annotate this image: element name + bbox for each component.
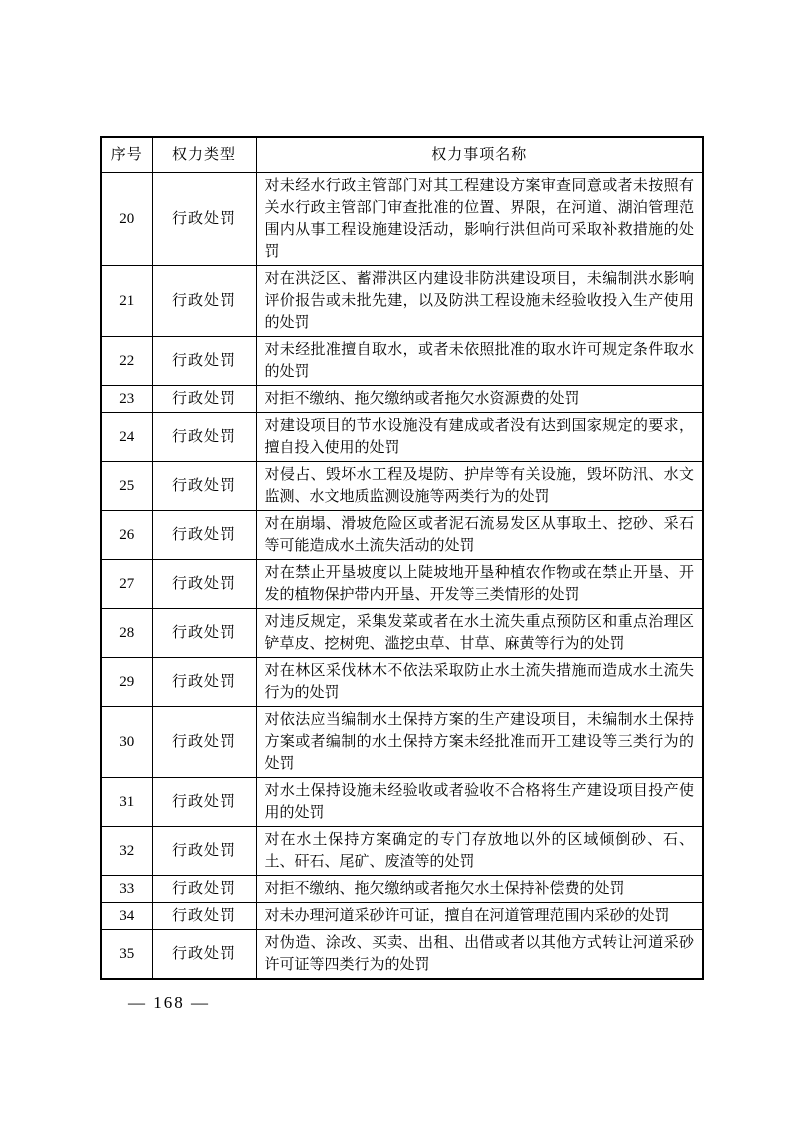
header-power-type: 权力类型 — [152, 137, 256, 173]
table-row: 23 行政处罚 对拒不缴纳、拖欠缴纳或者拖欠水资源费的处罚 — [101, 386, 703, 413]
row-power-type: 行政处罚 — [152, 658, 256, 707]
header-power-item-name: 权力事项名称 — [256, 137, 703, 173]
row-serial-number: 25 — [101, 462, 152, 511]
row-power-type: 行政处罚 — [152, 560, 256, 609]
table-row: 20 行政处罚 对未经水行政主管部门对其工程建设方案审查同意或者未按照有关水行政… — [101, 173, 703, 266]
page-number: — 168 — — [128, 993, 210, 1013]
row-power-type: 行政处罚 — [152, 903, 256, 930]
row-power-type: 行政处罚 — [152, 778, 256, 827]
row-power-type: 行政处罚 — [152, 462, 256, 511]
table-row: 31 行政处罚 对水土保持设施未经验收或者验收不合格将生产建设项目投产使用的处罚 — [101, 778, 703, 827]
table-row: 25 行政处罚 对侵占、毁坏水工程及堤防、护岸等有关设施，毁坏防汛、水文监测、水… — [101, 462, 703, 511]
table-row: 28 行政处罚 对违反规定，采集发菜或者在水土流失重点预防区和重点治理区铲草皮、… — [101, 609, 703, 658]
row-serial-number: 22 — [101, 337, 152, 386]
table-row: 26 行政处罚 对在崩塌、滑坡危险区或者泥石流易发区从事取土、挖砂、采石等可能造… — [101, 511, 703, 560]
header-serial-number: 序号 — [101, 137, 152, 173]
table-row: 32 行政处罚 对在水土保持方案确定的专门存放地以外的区域倾倒砂、石、土、矸石、… — [101, 827, 703, 876]
row-serial-number: 29 — [101, 658, 152, 707]
row-power-item-name: 对拒不缴纳、拖欠缴纳或者拖欠水资源费的处罚 — [256, 386, 703, 413]
table-row: 27 行政处罚 对在禁止开垦坡度以上陡坡地开垦种植农作物或在禁止开垦、开发的植物… — [101, 560, 703, 609]
row-power-type: 行政处罚 — [152, 827, 256, 876]
row-serial-number: 35 — [101, 930, 152, 980]
row-serial-number: 23 — [101, 386, 152, 413]
row-power-type: 行政处罚 — [152, 511, 256, 560]
row-serial-number: 26 — [101, 511, 152, 560]
row-serial-number: 34 — [101, 903, 152, 930]
row-serial-number: 20 — [101, 173, 152, 266]
row-power-item-name: 对未办理河道采砂许可证，擅自在河道管理范围内采砂的处罚 — [256, 903, 703, 930]
row-power-item-name: 对侵占、毁坏水工程及堤防、护岸等有关设施，毁坏防汛、水文监测、水文地质监测设施等… — [256, 462, 703, 511]
table-header-row: 序号 权力类型 权力事项名称 — [101, 137, 703, 173]
row-serial-number: 32 — [101, 827, 152, 876]
row-power-type: 行政处罚 — [152, 876, 256, 903]
row-power-item-name: 对依法应当编制水土保持方案的生产建设项目，未编制水土保持方案或者编制的水土保持方… — [256, 707, 703, 778]
row-serial-number: 31 — [101, 778, 152, 827]
row-power-item-name: 对在禁止开垦坡度以上陡坡地开垦种植农作物或在禁止开垦、开发的植物保护带内开垦、开… — [256, 560, 703, 609]
row-power-type: 行政处罚 — [152, 413, 256, 462]
row-serial-number: 33 — [101, 876, 152, 903]
row-power-type: 行政处罚 — [152, 173, 256, 266]
row-serial-number: 27 — [101, 560, 152, 609]
row-power-item-name: 对在水土保持方案确定的专门存放地以外的区域倾倒砂、石、土、矸石、尾矿、废渣等的处… — [256, 827, 703, 876]
row-serial-number: 30 — [101, 707, 152, 778]
table-row: 30 行政处罚 对依法应当编制水土保持方案的生产建设项目，未编制水土保持方案或者… — [101, 707, 703, 778]
row-power-item-name: 对水土保持设施未经验收或者验收不合格将生产建设项目投产使用的处罚 — [256, 778, 703, 827]
row-power-item-name: 对未经批准擅自取水，或者未依照批准的取水许可规定条件取水的处罚 — [256, 337, 703, 386]
row-power-type: 行政处罚 — [152, 386, 256, 413]
power-items-table: 序号 权力类型 权力事项名称 20 行政处罚 对未经水行政主管部门对其工程建设方… — [100, 136, 704, 980]
table-row: 22 行政处罚 对未经批准擅自取水，或者未依照批准的取水许可规定条件取水的处罚 — [101, 337, 703, 386]
row-power-item-name: 对在林区采伐林木不依法采取防止水土流失措施而造成水土流失行为的处罚 — [256, 658, 703, 707]
row-serial-number: 21 — [101, 266, 152, 337]
row-power-item-name: 对在洪泛区、蓄滞洪区内建设非防洪建设项目，未编制洪水影响评价报告或未批先建，以及… — [256, 266, 703, 337]
row-power-item-name: 对拒不缴纳、拖欠缴纳或者拖欠水土保持补偿费的处罚 — [256, 876, 703, 903]
document-page: 序号 权力类型 权力事项名称 20 行政处罚 对未经水行政主管部门对其工程建设方… — [0, 0, 793, 1122]
row-power-type: 行政处罚 — [152, 707, 256, 778]
table-row: 29 行政处罚 对在林区采伐林木不依法采取防止水土流失措施而造成水土流失行为的处… — [101, 658, 703, 707]
row-power-item-name: 对违反规定，采集发菜或者在水土流失重点预防区和重点治理区铲草皮、挖树兜、滥挖虫草… — [256, 609, 703, 658]
row-power-item-name: 对未经水行政主管部门对其工程建设方案审查同意或者未按照有关水行政主管部门审查批准… — [256, 173, 703, 266]
table-row: 24 行政处罚 对建设项目的节水设施没有建成或者没有达到国家规定的要求，擅自投入… — [101, 413, 703, 462]
table-row: 21 行政处罚 对在洪泛区、蓄滞洪区内建设非防洪建设项目，未编制洪水影响评价报告… — [101, 266, 703, 337]
row-power-type: 行政处罚 — [152, 266, 256, 337]
table-row: 33 行政处罚 对拒不缴纳、拖欠缴纳或者拖欠水土保持补偿费的处罚 — [101, 876, 703, 903]
row-power-type: 行政处罚 — [152, 930, 256, 980]
row-power-type: 行政处罚 — [152, 609, 256, 658]
table-row: 35 行政处罚 对伪造、涂改、买卖、出租、出借或者以其他方式转让河道采砂许可证等… — [101, 930, 703, 980]
row-power-item-name: 对伪造、涂改、买卖、出租、出借或者以其他方式转让河道采砂许可证等四类行为的处罚 — [256, 930, 703, 980]
row-power-item-name: 对建设项目的节水设施没有建成或者没有达到国家规定的要求，擅自投入使用的处罚 — [256, 413, 703, 462]
row-serial-number: 24 — [101, 413, 152, 462]
row-power-item-name: 对在崩塌、滑坡危险区或者泥石流易发区从事取土、挖砂、采石等可能造成水土流失活动的… — [256, 511, 703, 560]
row-power-type: 行政处罚 — [152, 337, 256, 386]
row-serial-number: 28 — [101, 609, 152, 658]
table-row: 34 行政处罚 对未办理河道采砂许可证，擅自在河道管理范围内采砂的处罚 — [101, 903, 703, 930]
